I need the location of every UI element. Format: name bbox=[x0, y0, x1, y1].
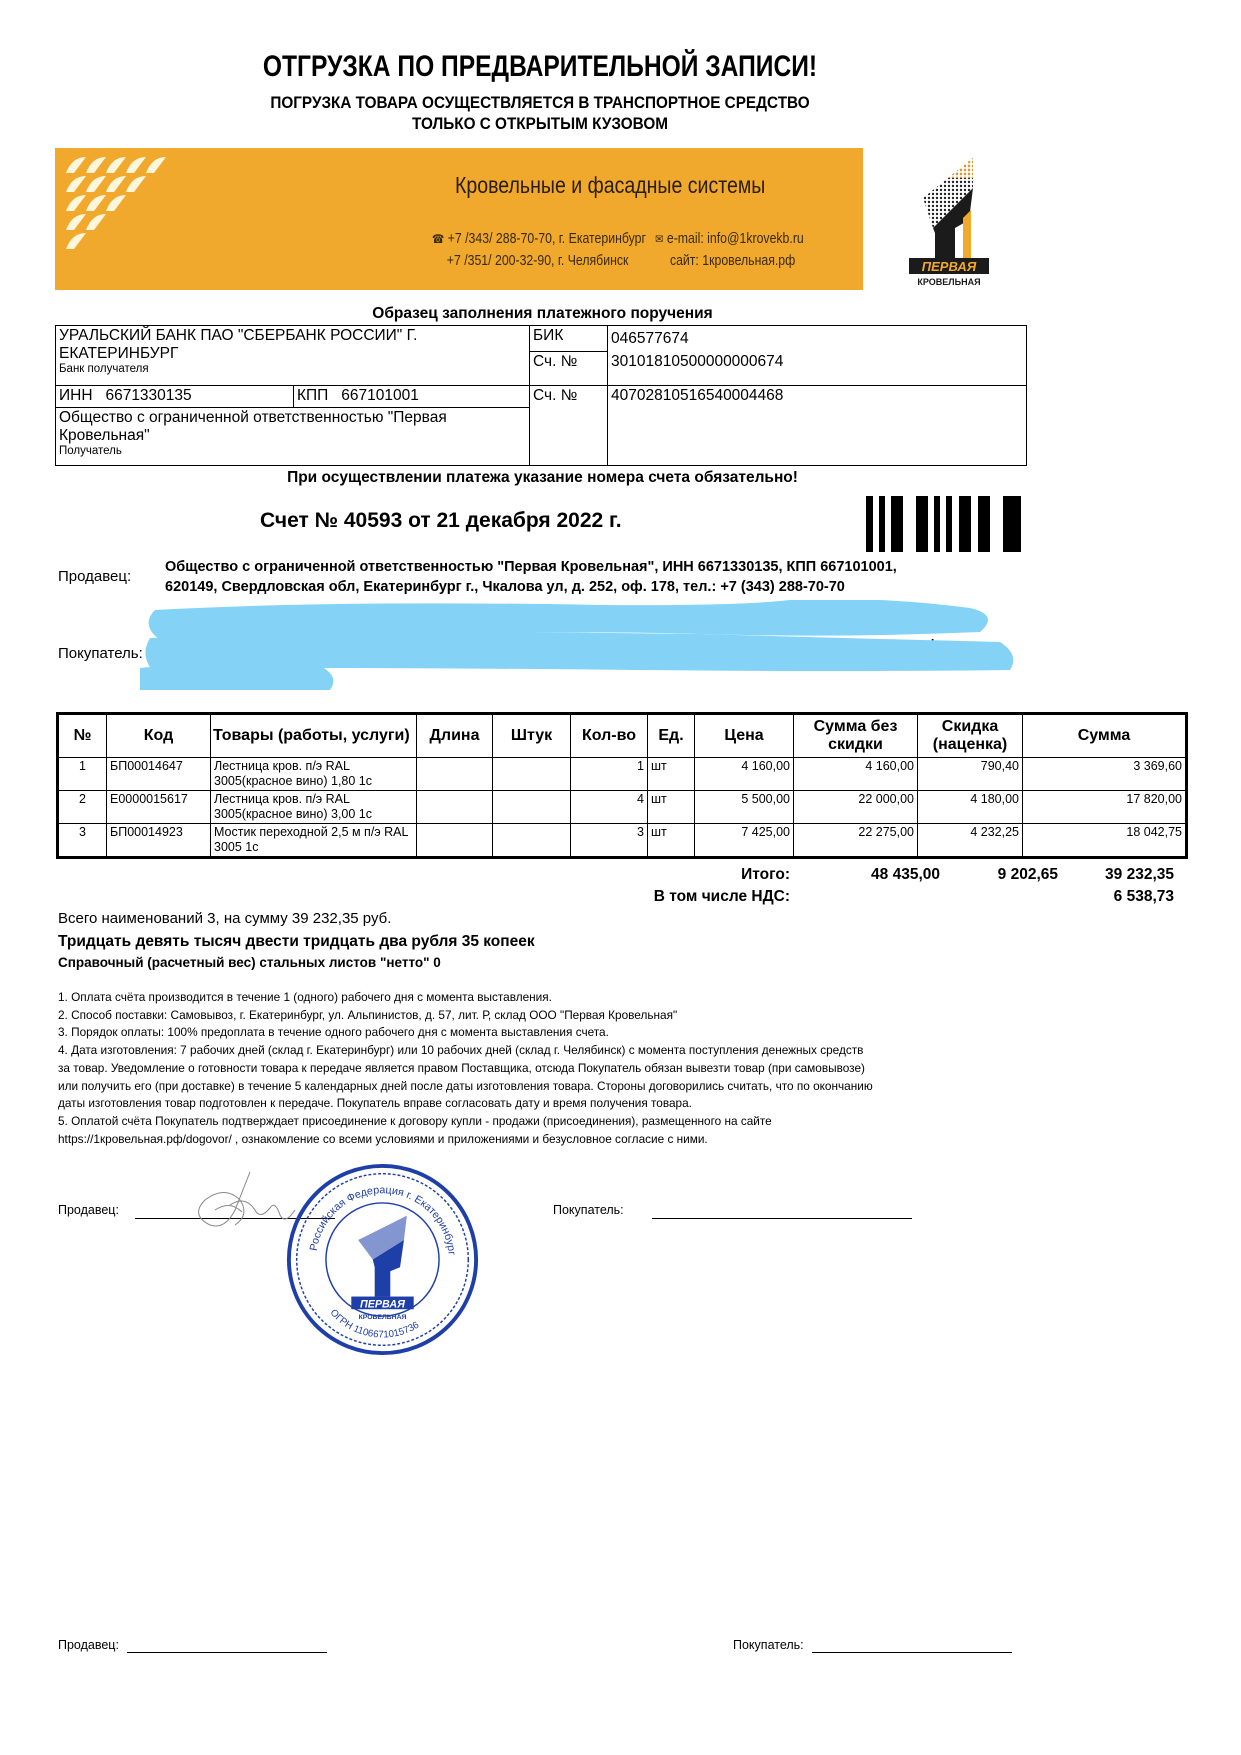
item-num: 1 bbox=[58, 758, 107, 791]
item-sum-no-discount: 4 160,00 bbox=[794, 758, 918, 791]
term-line[interactable]: https://1кровельная.рф/dogovor/ , ознако… bbox=[58, 1131, 1018, 1149]
term-line: даты изготовления товар подготовлен к пе… bbox=[58, 1095, 1018, 1113]
item-discount: 790,40 bbox=[918, 758, 1023, 791]
item-price: 5 500,00 bbox=[695, 791, 794, 824]
col-header-sum-no-discount: Сумма без скидки bbox=[794, 714, 918, 758]
item-unit: шт bbox=[648, 824, 695, 858]
seller-line1: Общество с ограниченной ответственностью… bbox=[165, 557, 897, 577]
footer-seller-label: Продавец: bbox=[58, 1638, 119, 1652]
bank-name: УРАЛЬСКИЙ БАНК ПАО "СБЕРБАНК РОССИИ" Г. … bbox=[59, 327, 417, 362]
col-header-discount: Скидка (наценка) bbox=[918, 714, 1023, 758]
seller-label: Продавец: bbox=[58, 568, 131, 585]
item-sum-no-discount: 22 000,00 bbox=[794, 791, 918, 824]
payment-required-note: При осуществлении платежа указание номер… bbox=[55, 469, 1030, 487]
recipient-name: Общество с ограниченной ответственностью… bbox=[59, 409, 447, 444]
col-header-price: Цена bbox=[695, 714, 794, 758]
svg-text:ПЕРВАЯ: ПЕРВАЯ bbox=[360, 1298, 405, 1310]
item-sum: 18 042,75 bbox=[1023, 824, 1187, 858]
banner-email[interactable]: e-mail: info@1krovekb.ru bbox=[667, 230, 804, 247]
redaction-scribble bbox=[140, 600, 1020, 690]
item-code: Е0000015617 bbox=[107, 791, 211, 824]
term-line: 5. Оплатой счёта Покупатель подтверждает… bbox=[58, 1113, 1018, 1131]
signature-buyer-label: Покупатель: bbox=[553, 1203, 624, 1217]
col-header-qty: Кол-во bbox=[571, 714, 648, 758]
item-length bbox=[417, 791, 493, 824]
item-length bbox=[417, 758, 493, 791]
item-name: Лестница кров. п/э RAL 3005(красное вино… bbox=[211, 791, 417, 824]
total-label: Итого: bbox=[741, 866, 790, 884]
item-sum: 3 369,60 bbox=[1023, 758, 1187, 791]
bik-label: БИК bbox=[530, 326, 608, 352]
term-line: за товар. Уведомление о готовности товар… bbox=[58, 1060, 1018, 1078]
phone-ekb: +7 /343/ 288-70-70, г. Екатеринбург bbox=[448, 230, 646, 247]
banner-heading: Кровельные и фасадные системы bbox=[455, 172, 765, 199]
total-discount: 9 202,65 bbox=[998, 866, 1058, 884]
item-price: 7 425,00 bbox=[695, 824, 794, 858]
first-roofing-logo-icon: ПЕРВАЯ КРОВЕЛЬНАЯ bbox=[863, 148, 1028, 290]
item-discount: 4 232,25 bbox=[918, 824, 1023, 858]
term-line: 1. Оплата счёта производится в течение 1… bbox=[58, 989, 1018, 1007]
term-line: 2. Способ поставки: Самовывоз, г. Екатер… bbox=[58, 1007, 1018, 1025]
bank-label: Банк получателя bbox=[59, 363, 526, 375]
item-price: 4 160,00 bbox=[695, 758, 794, 791]
term-line: или получить его (при доставке) в течени… bbox=[58, 1078, 1018, 1096]
barcode-icon bbox=[866, 496, 1026, 552]
account-label: Сч. № bbox=[530, 386, 608, 466]
corr-account-label: Сч. № bbox=[530, 352, 608, 386]
invoice-title: Счет № 40593 от 21 декабря 2022 г. bbox=[260, 509, 622, 533]
table-row: 3БП00014923Мостик переходной 2,5 м п/э R… bbox=[58, 824, 1187, 858]
item-unit: шт bbox=[648, 791, 695, 824]
items-header-row: № Код Товары (работы, услуги) Длина Штук… bbox=[58, 714, 1187, 758]
col-header-unit: Ед. bbox=[648, 714, 695, 758]
account-value: 40702810516540004468 bbox=[608, 386, 1027, 466]
banner-contacts: ☎ +7 /343/ 288-70-70, г. Екатеринбург +7… bbox=[432, 228, 804, 272]
col-header-goods: Товары (работы, услуги) bbox=[211, 714, 417, 758]
item-pieces bbox=[493, 791, 571, 824]
term-line: 4. Дата изготовления: 7 рабочих дней (ск… bbox=[58, 1042, 1018, 1060]
vat-value: 6 538,73 bbox=[1114, 888, 1174, 906]
col-header-length: Длина bbox=[417, 714, 493, 758]
item-unit: шт bbox=[648, 758, 695, 791]
table-row: 2Е0000015617Лестница кров. п/э RAL 3005(… bbox=[58, 791, 1187, 824]
recipient-label: Получатель bbox=[59, 445, 526, 457]
item-sum: 17 820,00 bbox=[1023, 791, 1187, 824]
corr-account-value: 30101810500000000674 bbox=[611, 350, 1023, 373]
item-length bbox=[417, 824, 493, 858]
term-line: 3. Порядок оплаты: 100% предоплата в теч… bbox=[58, 1024, 1018, 1042]
col-header-code: Код bbox=[107, 714, 211, 758]
signature-seller-label: Продавец: bbox=[58, 1203, 119, 1217]
page-subtitle-line2: ТОЛЬКО С ОТКРЫТЫМ КУЗОВОМ bbox=[54, 114, 1026, 134]
banner-site[interactable]: сайт: 1кровельная.рф bbox=[655, 250, 804, 272]
item-num: 2 bbox=[58, 791, 107, 824]
signature-buyer-line[interactable] bbox=[652, 1218, 912, 1219]
col-header-num: № bbox=[58, 714, 107, 758]
seller-details: Общество с ограниченной ответственностью… bbox=[165, 557, 897, 597]
col-header-sum: Сумма bbox=[1023, 714, 1187, 758]
item-code: БП00014923 bbox=[107, 824, 211, 858]
payment-terms: 1. Оплата счёта производится в течение 1… bbox=[58, 989, 1018, 1148]
table-row: 1БП00014647Лестница кров. п/э RAL 3005(к… bbox=[58, 758, 1187, 791]
item-discount: 4 180,00 bbox=[918, 791, 1023, 824]
item-pieces bbox=[493, 824, 571, 858]
footer-buyer-label: Покупатель: bbox=[733, 1638, 804, 1652]
kpp-label: КПП bbox=[297, 387, 328, 404]
item-sum-no-discount: 22 275,00 bbox=[794, 824, 918, 858]
buyer-label: Покупатель: bbox=[58, 645, 143, 662]
item-num: 3 bbox=[58, 824, 107, 858]
item-name: Мостик переходной 2,5 м п/э RAL 3005 1с bbox=[211, 824, 417, 858]
item-pieces bbox=[493, 758, 571, 791]
totals-block: Итого: 48 435,00 9 202,65 39 232,35 В то… bbox=[600, 866, 1182, 910]
col-header-pieces: Штук bbox=[493, 714, 571, 758]
phone-icon: ☎ bbox=[432, 232, 444, 246]
footer-seller-line[interactable] bbox=[127, 1652, 327, 1653]
bik-value: 046577674 bbox=[611, 327, 1023, 350]
decorative-scales-icon bbox=[64, 155, 184, 250]
svg-text:КРОВЕЛЬНАЯ: КРОВЕЛЬНАЯ bbox=[359, 1314, 407, 1321]
inn-label: ИНН bbox=[59, 387, 93, 404]
svg-text:ПЕРВАЯ: ПЕРВАЯ bbox=[922, 259, 977, 274]
kpp-value: 667101001 bbox=[341, 387, 419, 404]
amount-in-words: Тридцать девять тысяч двести тридцать дв… bbox=[58, 933, 535, 951]
company-logo: ПЕРВАЯ КРОВЕЛЬНАЯ bbox=[863, 148, 1028, 290]
total-sum: 39 232,35 bbox=[1105, 866, 1174, 884]
item-qty: 4 bbox=[571, 791, 648, 824]
item-qty: 1 bbox=[571, 758, 648, 791]
item-code: БП00014647 bbox=[107, 758, 211, 791]
payment-details-table: УРАЛЬСКИЙ БАНК ПАО "СБЕРБАНК РОССИИ" Г. … bbox=[55, 325, 1027, 466]
payment-sample-caption: Образец заполнения платежного поручения bbox=[55, 305, 1030, 323]
handwritten-signature-icon bbox=[180, 1170, 300, 1235]
items-count-summary: Всего наименований 3, на сумму 39 232,35… bbox=[58, 910, 391, 927]
item-name: Лестница кров. п/э RAL 3005(красное вино… bbox=[211, 758, 417, 791]
seller-line2: 620149, Свердловская обл, Екатеринбург г… bbox=[165, 577, 897, 597]
company-stamp-icon: Российская Федерация г. Екатеринбург ОГР… bbox=[285, 1162, 480, 1357]
vat-label: В том числе НДС: bbox=[654, 888, 790, 906]
total-no-discount: 48 435,00 bbox=[871, 866, 940, 884]
page-subtitle-line1: ПОГРУЗКА ТОВАРА ОСУЩЕСТВЛЯЕТСЯ В ТРАНСПО… bbox=[54, 93, 1026, 113]
phone-chel: +7 /351/ 200-32-90, г. Челябинск bbox=[432, 250, 652, 272]
svg-text:КРОВЕЛЬНАЯ: КРОВЕЛЬНАЯ bbox=[917, 277, 980, 287]
item-qty: 3 bbox=[571, 824, 648, 858]
mail-icon: ✉ bbox=[655, 232, 663, 246]
page-title: ОТГРУЗКА ПО ПРЕДВАРИТЕЛЬНОЙ ЗАПИСИ! bbox=[97, 50, 983, 84]
footer-buyer-line[interactable] bbox=[812, 1652, 1012, 1653]
items-table: № Код Товары (работы, услуги) Длина Штук… bbox=[56, 712, 1188, 859]
inn-value: 6671330135 bbox=[105, 387, 191, 404]
weight-reference: Справочный (расчетный вес) стальных лист… bbox=[58, 955, 441, 970]
